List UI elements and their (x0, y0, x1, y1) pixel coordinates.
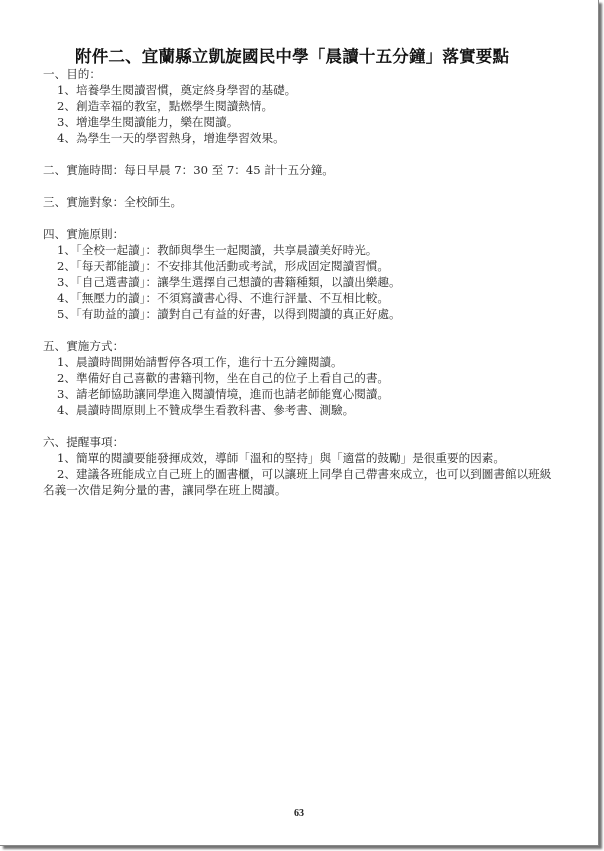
list-item: 3、「自己選書讀」：讓學生選擇自己想讀的書籍種類，以讀出樂趣。 (43, 274, 558, 290)
document-page: 附件二、宜蘭縣立凱旋國民中學「晨讀十五分鐘」落實要點 一、目的： 1、培養學生閱… (0, 0, 599, 846)
section-schedule: 二、實施時間：每日早晨 7：30 至 7：45 計十五分鐘。 (43, 162, 558, 178)
purpose-list: 1、培養學生閱讀習慣，奠定終身學習的基礎。 2、創造幸福的教室，點燃學生閱讀熱情… (43, 82, 558, 146)
section-methods: 五、實施方式： 1、晨讀時間開始請暫停各項工作，進行十五分鐘閱讀。 2、準備好自… (43, 338, 558, 418)
list-item: 3、請老師協助讓同學進入閱讀情境，進而也請老師能寬心閱讀。 (43, 386, 558, 402)
section-heading: 三、實施對象：全校師生。 (43, 194, 558, 210)
document-body: 一、目的： 1、培養學生閱讀習慣，奠定終身學習的基礎。 2、創造幸福的教室，點燃… (43, 66, 558, 498)
list-item: 1、「全校一起讀」：教師與學生一起閱讀，共享晨讀美好時光。 (43, 242, 558, 258)
list-item: 4、為學生一天的學習熱身，增進學習效果。 (43, 130, 558, 146)
section-heading: 一、目的： (43, 66, 558, 82)
section-heading: 六、提醒事項： (43, 434, 558, 450)
section-heading: 五、實施方式： (43, 338, 558, 354)
list-item: 1、培養學生閱讀習慣，奠定終身學習的基礎。 (43, 82, 558, 98)
list-item: 2、「每天都能讀」：不安排其他活動或考試，形成固定閱讀習慣。 (43, 258, 558, 274)
list-item: 3、增進學生閱讀能力，樂在閱讀。 (43, 114, 558, 130)
list-item: 2、創造幸福的教室，點燃學生閱讀熱情。 (43, 98, 558, 114)
section-reminders: 六、提醒事項： 1、簡單的閱讀要能發揮成效，導師「溫和的堅持」與「適當的鼓勵」是… (43, 434, 558, 498)
section-participants: 三、實施對象：全校師生。 (43, 194, 558, 210)
methods-list: 1、晨讀時間開始請暫停各項工作，進行十五分鐘閱讀。 2、準備好自己喜歡的書籍刊物… (43, 354, 558, 418)
reminders-list: 1、簡單的閱讀要能發揮成效，導師「溫和的堅持」與「適當的鼓勵」是很重要的因素。 … (43, 450, 558, 498)
list-item: 1、晨讀時間開始請暫停各項工作，進行十五分鐘閱讀。 (43, 354, 558, 370)
document-title: 附件二、宜蘭縣立凱旋國民中學「晨讀十五分鐘」落實要點 (75, 43, 509, 67)
list-item: 1、簡單的閱讀要能發揮成效，導師「溫和的堅持」與「適當的鼓勵」是很重要的因素。 (43, 450, 558, 466)
list-item: 2、建議各班能成立自己班上的圖書櫃，可以讓班上同學自己帶書來成立，也可以到圖書館… (43, 466, 558, 498)
section-heading: 二、實施時間：每日早晨 7：30 至 7：45 計十五分鐘。 (43, 162, 558, 178)
section-purpose: 一、目的： 1、培養學生閱讀習慣，奠定終身學習的基礎。 2、創造幸福的教室，點燃… (43, 66, 558, 146)
list-item: 4、晨讀時間原則上不贊成學生看教科書、參考書、測驗。 (43, 402, 558, 418)
principles-list: 1、「全校一起讀」：教師與學生一起閱讀，共享晨讀美好時光。 2、「每天都能讀」：… (43, 242, 558, 322)
section-heading: 四、實施原則： (43, 226, 558, 242)
list-item: 5、「有助益的讀」：讀對自己有益的好書，以得到閱讀的真正好處。 (43, 306, 558, 322)
page-number: 63 (0, 808, 598, 819)
section-principles: 四、實施原則： 1、「全校一起讀」：教師與學生一起閱讀，共享晨讀美好時光。 2、… (43, 226, 558, 322)
list-item: 4、「無壓力的讀」：不須寫讀書心得、不進行評量、不互相比較。 (43, 290, 558, 306)
list-item: 2、準備好自己喜歡的書籍刊物，坐在自己的位子上看自己的書。 (43, 370, 558, 386)
